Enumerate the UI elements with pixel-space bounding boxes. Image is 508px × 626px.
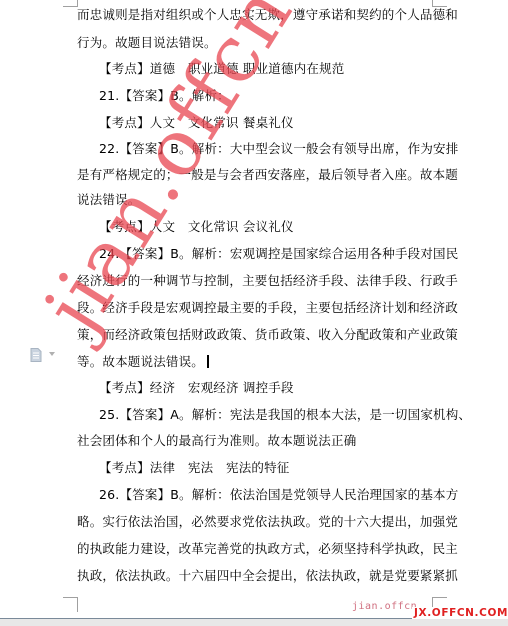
text-line[interactable]: 经济进行的一种调节与控制，主要包括经济手段、法律手段、行政手: [77, 274, 433, 288]
text-line[interactable]: 【考点】人文 文化常识 餐桌礼仪: [99, 116, 455, 130]
document-page: 而忠诚则是指对组织或个人忠实无欺，遵守承诺和契约的个人品德和 行为。故题目说法错…: [0, 0, 508, 618]
text-line[interactable]: 而忠诚则是指对组织或个人忠实无欺，遵守承诺和契约的个人品德和: [77, 8, 433, 22]
text-line[interactable]: 等。故本题说法错误。: [77, 354, 204, 369]
text-line[interactable]: 22.【答案】B。解析：大中型会议一般会有领导出席，作为安排: [99, 142, 455, 156]
text-line[interactable]: 【考点】道德 职业道德 职业道德内在规范: [99, 62, 455, 76]
text-line[interactable]: 段。经济手段是宏观调控最主要的手段，主要包括经济计划和经济政: [77, 301, 433, 315]
text-line[interactable]: 【考点】经济 宏观经济 调控手段: [99, 381, 455, 395]
footer-watermark-brand: JX.OFFCN.COM: [412, 607, 508, 619]
page-corner-mark-bottom-left: [63, 597, 78, 612]
text-line[interactable]: 执政，依法执政。十六届四中全会提出，依法执政，就是党要紧紧抓: [77, 569, 433, 583]
text-line[interactable]: 26.【答案】B。解析：依法治国是党领导人民治理国家的基本方: [99, 488, 455, 502]
text-line[interactable]: 24.【答案】B。解析：宏观调控是国家综合运用各种手段对国民: [99, 247, 455, 261]
text-line[interactable]: 社会团体和个人的最高行为准则。故本题说法正确: [77, 434, 433, 448]
text-line-with-caret[interactable]: 等。故本题说法错误。: [77, 355, 433, 369]
text-line[interactable]: 略。实行依法治国，必然要求党依法执政。党的十六大提出，加强党: [77, 515, 433, 529]
text-cursor: [207, 355, 209, 368]
chevron-down-icon[interactable]: [49, 352, 55, 356]
page-bottom-edge: [0, 618, 508, 626]
page-corner-mark-top-right: [432, 0, 447, 7]
text-line[interactable]: 行为。故题目说法错误。: [77, 36, 433, 50]
text-line[interactable]: 21.【答案】B。解析：: [99, 89, 455, 103]
page-corner-mark-top-left: [63, 0, 78, 7]
text-line[interactable]: 【考点】法律 宪法 宪法的特征: [99, 461, 455, 475]
text-line[interactable]: 策，而经济政策包括财政政策、货币政策、收入分配政策和产业政策: [77, 328, 433, 342]
text-line[interactable]: 的执政能力建设，改革完善党的执政方式，必须坚持科学执政，民主: [77, 542, 433, 556]
text-line[interactable]: 25.【答案】A。解析：宪法是我国的根本大法，是一切国家机构、: [99, 408, 455, 422]
document-icon[interactable]: [30, 348, 42, 362]
text-line[interactable]: 是有严格规定的；一般是与会者西安落座，最后领导者入座。故本题: [77, 168, 433, 182]
text-line[interactable]: 【考点】人文 文化常识 会议礼仪: [99, 220, 455, 234]
text-line[interactable]: 说法错误。: [77, 193, 433, 207]
